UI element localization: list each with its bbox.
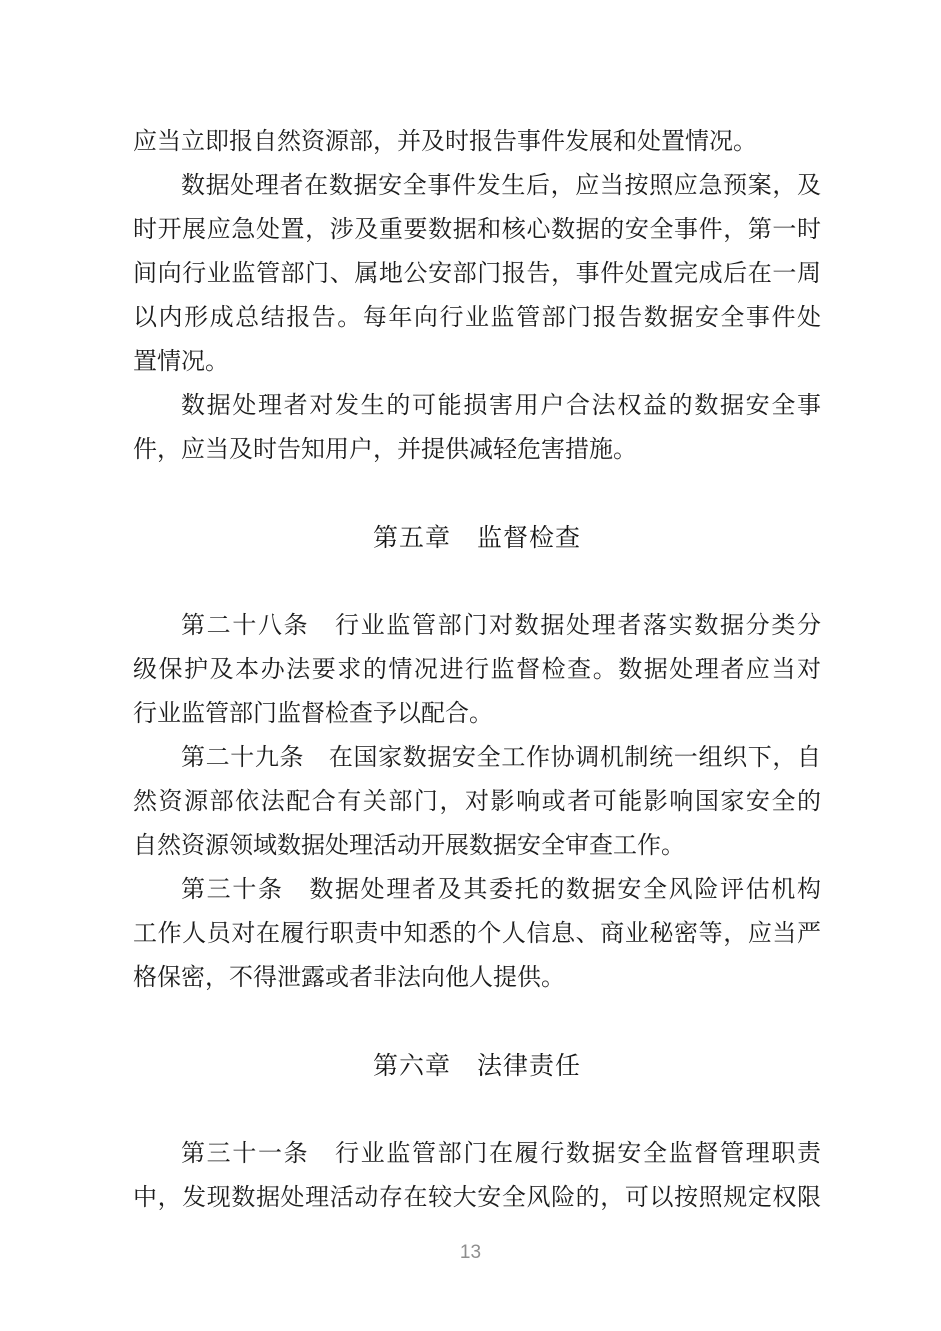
text-line: 第二十八条 行业监管部门对数据处理者落实数据分类分 xyxy=(133,604,821,648)
text-line: 格保密，不得泄露或者非法向他人提供。 xyxy=(133,956,821,1000)
chapter-heading-five: 第五章 监督检查 xyxy=(133,516,821,560)
text-line: 第三十条 数据处理者及其委托的数据安全风险评估机构 xyxy=(133,868,821,912)
text-line: 第二十九条 在国家数据安全工作协调机制统一组织下，自 xyxy=(133,736,821,780)
text-line: 数据处理者对发生的可能损害用户合法权益的数据安全事 xyxy=(133,384,821,428)
text-line: 然资源部依法配合有关部门，对影响或者可能影响国家安全的 xyxy=(133,780,821,824)
text-line: 件，应当及时告知用户，并提供减轻危害措施。 xyxy=(133,428,821,472)
text-line: 自然资源领域数据处理活动开展数据安全审查工作。 xyxy=(133,824,821,868)
text-line: 级保护及本办法要求的情况进行监督检查。数据处理者应当对 xyxy=(133,648,821,692)
page-number: 13 xyxy=(0,1242,941,1264)
text-line: 行业监管部门监督检查予以配合。 xyxy=(133,692,821,736)
text-line: 中，发现数据处理活动存在较大安全风险的，可以按照规定权限 xyxy=(133,1176,821,1220)
document-page: 应当立即报自然资源部，并及时报告事件发展和处置情况。 数据处理者在数据安全事件发… xyxy=(0,0,941,1331)
chapter-heading-six: 第六章 法律责任 xyxy=(133,1044,821,1088)
text-line: 间向行业监管部门、属地公安部门报告，事件处置完成后在一周 xyxy=(133,252,821,296)
text-line: 以内形成总结报告。每年向行业监管部门报告数据安全事件处 xyxy=(133,296,821,340)
text-line: 第三十一条 行业监管部门在履行数据安全监督管理职责 xyxy=(133,1132,821,1176)
text-line: 时开展应急处置，涉及重要数据和核心数据的安全事件，第一时 xyxy=(133,208,821,252)
text-line: 应当立即报自然资源部，并及时报告事件发展和处置情况。 xyxy=(133,120,821,164)
text-line: 数据处理者在数据安全事件发生后，应当按照应急预案，及 xyxy=(133,164,821,208)
text-line: 工作人员对在履行职责中知悉的个人信息、商业秘密等，应当严 xyxy=(133,912,821,956)
document-body-text: 应当立即报自然资源部，并及时报告事件发展和处置情况。 数据处理者在数据安全事件发… xyxy=(133,120,821,1220)
text-line: 置情况。 xyxy=(133,340,821,384)
